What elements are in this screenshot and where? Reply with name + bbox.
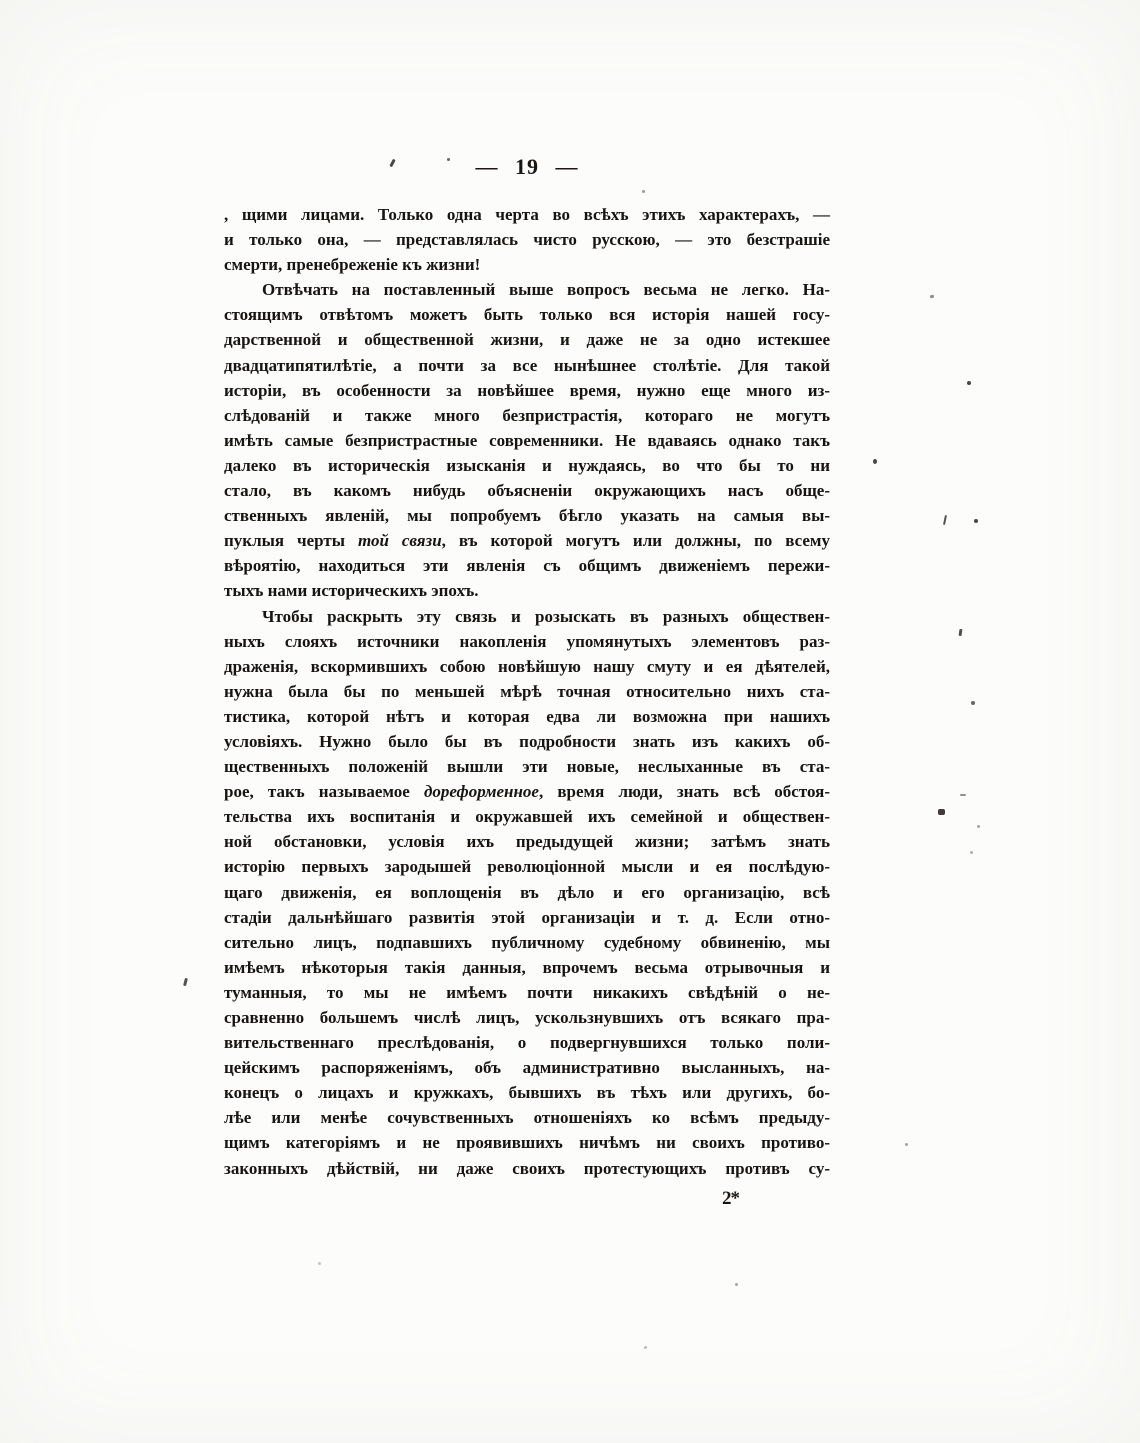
- text-segment: , въ которой могутъ или должны, по всему: [442, 531, 830, 550]
- scan-speck: [735, 1283, 738, 1286]
- page-number: — 19 —: [224, 154, 830, 180]
- text-line: двадцатипятилѣтіе, а почти за все нынѣшн…: [224, 353, 830, 378]
- text-segment: стадіи дальнѣйшаго развитія этой организ…: [224, 908, 830, 927]
- text-line: лѣе или менѣе сочувственныхъ отношеніяхъ…: [224, 1105, 830, 1130]
- scan-speck: [971, 701, 975, 705]
- scan-speck: [943, 515, 947, 525]
- text-segment: лѣе или менѣе сочувственныхъ отношеніяхъ…: [224, 1108, 830, 1127]
- text-line: щимъ категоріямъ и не проявившихъ ничѣмъ…: [224, 1130, 830, 1155]
- scan-speck: [974, 519, 978, 523]
- text-line: стадіи дальнѣйшаго развитія этой организ…: [224, 905, 830, 930]
- scan-speck: [447, 158, 450, 161]
- text-line: рое, такъ называемое дореформенное, врем…: [224, 779, 830, 804]
- text-segment: сравненно большемъ числѣ лицъ, ускользну…: [224, 1008, 830, 1027]
- text-segment: , щими лицами. Только одна черта во всѣх…: [224, 205, 830, 224]
- text-segment: стало, въ какомъ нибудь объясненіи окруж…: [224, 481, 830, 500]
- italic-phrase: той связи: [358, 531, 442, 550]
- scanned-book-page: — 19 — , щими лицами. Только одна черта …: [0, 0, 1140, 1443]
- text-segment: туманныя, то мы не имѣемъ почти никакихъ…: [224, 983, 830, 1002]
- text-line: условіяхъ. Нужно было бы въ подробности …: [224, 729, 830, 754]
- text-segment: ной обстановки, условія ихъ предыдущей ж…: [224, 832, 830, 851]
- text-segment: рое, такъ называемое: [224, 782, 424, 801]
- italic-phrase: дореформенное: [424, 782, 539, 801]
- text-line: законныхъ дѣйствій, ни даже своихъ проте…: [224, 1156, 830, 1181]
- text-line: конецъ о лицахъ и кружкахъ, бывшихъ въ т…: [224, 1080, 830, 1105]
- text-segment: Отвѣчать на поставленный выше вопросъ ве…: [262, 280, 830, 299]
- text-line: пуклыя черты той связи, въ которой могут…: [224, 528, 830, 553]
- text-line: щаго движенія, ея воплощенія въ дѣло и е…: [224, 880, 830, 905]
- scan-speck: [960, 794, 966, 796]
- text-line: Отвѣчать на поставленный выше вопросъ ве…: [224, 277, 830, 302]
- text-line: и только она, — представлялась чисто рус…: [224, 227, 830, 252]
- text-line: туманныя, то мы не имѣемъ почти никакихъ…: [224, 980, 830, 1005]
- scan-speck: [318, 1262, 321, 1265]
- scan-speck: [930, 295, 935, 299]
- text-line: вительственнаго преслѣдованія, о подверг…: [224, 1030, 830, 1055]
- text-line: сравненно большемъ числѣ лицъ, ускользну…: [224, 1005, 830, 1030]
- text-line: стоящимъ отвѣтомъ можетъ быть только вся…: [224, 302, 830, 327]
- scan-speck: [970, 851, 973, 854]
- text-line: тельства ихъ воспитанія и окружавшей ихъ…: [224, 804, 830, 829]
- text-line: имѣемъ нѣкоторыя такія данныя, впрочемъ …: [224, 955, 830, 980]
- text-line: цейскимъ распоряженіямъ, объ администрат…: [224, 1055, 830, 1080]
- text-segment: драженія, вскормившихъ собою новѣйшую на…: [224, 657, 830, 676]
- text-segment: условіяхъ. Нужно было бы въ подробности …: [224, 732, 830, 751]
- scan-speck: [967, 381, 971, 385]
- text-segment: щаго движенія, ея воплощенія въ дѣло и е…: [224, 883, 830, 902]
- text-segment: и только она, — представлялась чисто рус…: [224, 230, 830, 249]
- text-line: слѣдованій и также много безпристрастія,…: [224, 403, 830, 428]
- text-segment: вительственнаго преслѣдованія, о подверг…: [224, 1033, 830, 1052]
- text-segment: двадцатипятилѣтіе, а почти за все нынѣшн…: [224, 356, 830, 375]
- scan-speck: [905, 1143, 908, 1146]
- text-line: исторію первыхъ зародышей революціонной …: [224, 854, 830, 879]
- text-line: щественныхъ положеній вышли эти новые, н…: [224, 754, 830, 779]
- scan-speck: [977, 825, 980, 828]
- text-segment: смерти, пренебреженіе къ жизни!: [224, 255, 480, 274]
- text-line: , щими лицами. Только одна черта во всѣх…: [224, 202, 830, 227]
- scan-speck: [873, 459, 877, 464]
- text-segment: пуклыя черты: [224, 531, 358, 550]
- text-segment: щественныхъ положеній вышли эти новые, н…: [224, 757, 830, 776]
- text-block: , щими лицами. Только одна черта во всѣх…: [224, 202, 830, 1181]
- text-segment: имѣемъ нѣкоторыя такія данныя, впрочемъ …: [224, 958, 830, 977]
- text-line: далеко въ историческія изысканія и нужда…: [224, 453, 830, 478]
- text-segment: , время люди, знать всѣ обстоя-: [539, 782, 830, 801]
- text-line: тыхъ нами историческихъ эпохъ.: [224, 578, 830, 603]
- text-line: сительно лицъ, подпавшихъ публичному суд…: [224, 930, 830, 955]
- text-segment: цейскимъ распоряженіямъ, объ администрат…: [224, 1058, 830, 1077]
- text-line: ственныхъ явленій, мы попробуемъ бѣгло у…: [224, 503, 830, 528]
- text-line: нужна была бы по меньшей мѣрѣ точная отн…: [224, 679, 830, 704]
- text-line: дарственной и общественной жизни, и даже…: [224, 327, 830, 352]
- text-segment: тельства ихъ воспитанія и окружавшей ихъ…: [224, 807, 830, 826]
- scan-speck: [642, 190, 645, 193]
- text-segment: далеко въ историческія изысканія и нужда…: [224, 456, 830, 475]
- text-segment: ственныхъ явленій, мы попробуемъ бѣгло у…: [224, 506, 830, 525]
- text-segment: вѣроятію, находиться эти явленія съ общи…: [224, 556, 830, 575]
- text-line: имѣть самые безпристрастные современники…: [224, 428, 830, 453]
- text-line: смерти, пренебреженіе къ жизни!: [224, 252, 830, 277]
- text-line: Чтобы раскрыть эту связь и розыскать въ …: [224, 604, 830, 629]
- text-segment: щимъ категоріямъ и не проявившихъ ничѣмъ…: [224, 1133, 830, 1152]
- text-segment: слѣдованій и также много безпристрастія,…: [224, 406, 830, 425]
- text-segment: сительно лицъ, подпавшихъ публичному суд…: [224, 933, 830, 952]
- text-segment: стоящимъ отвѣтомъ можетъ быть только вся…: [224, 305, 830, 324]
- scan-speck: [644, 1346, 647, 1349]
- text-segment: дарственной и общественной жизни, и даже…: [224, 330, 830, 349]
- text-segment: имѣть самые безпристрастные современники…: [224, 431, 830, 450]
- text-line: вѣроятію, находиться эти явленія съ общи…: [224, 553, 830, 578]
- signature-mark: 2*: [722, 1188, 739, 1210]
- text-line: ныхъ слояхъ источники накопленія упомяну…: [224, 629, 830, 654]
- text-segment: исторію первыхъ зародышей революціонной …: [224, 857, 830, 876]
- text-line: исторіи, въ особенности за новѣйшее врем…: [224, 378, 830, 403]
- scan-speck: [959, 629, 963, 636]
- text-segment: Чтобы раскрыть эту связь и розыскать въ …: [262, 607, 830, 626]
- scan-speck: [938, 809, 945, 815]
- text-segment: нужна была бы по меньшей мѣрѣ точная отн…: [224, 682, 830, 701]
- text-segment: тистика, которой нѣтъ и которая едва ли …: [224, 707, 830, 726]
- text-segment: законныхъ дѣйствій, ни даже своихъ проте…: [224, 1159, 830, 1178]
- text-line: драженія, вскормившихъ собою новѣйшую на…: [224, 654, 830, 679]
- text-line: ной обстановки, условія ихъ предыдущей ж…: [224, 829, 830, 854]
- text-line: тистика, которой нѣтъ и которая едва ли …: [224, 704, 830, 729]
- text-segment: исторіи, въ особенности за новѣйшее врем…: [224, 381, 830, 400]
- text-segment: ныхъ слояхъ источники накопленія упомяну…: [224, 632, 830, 651]
- text-line: стало, въ какомъ нибудь объясненіи окруж…: [224, 478, 830, 503]
- scan-speck: [183, 978, 188, 986]
- text-segment: тыхъ нами историческихъ эпохъ.: [224, 581, 479, 600]
- text-segment: конецъ о лицахъ и кружкахъ, бывшихъ въ т…: [224, 1083, 830, 1102]
